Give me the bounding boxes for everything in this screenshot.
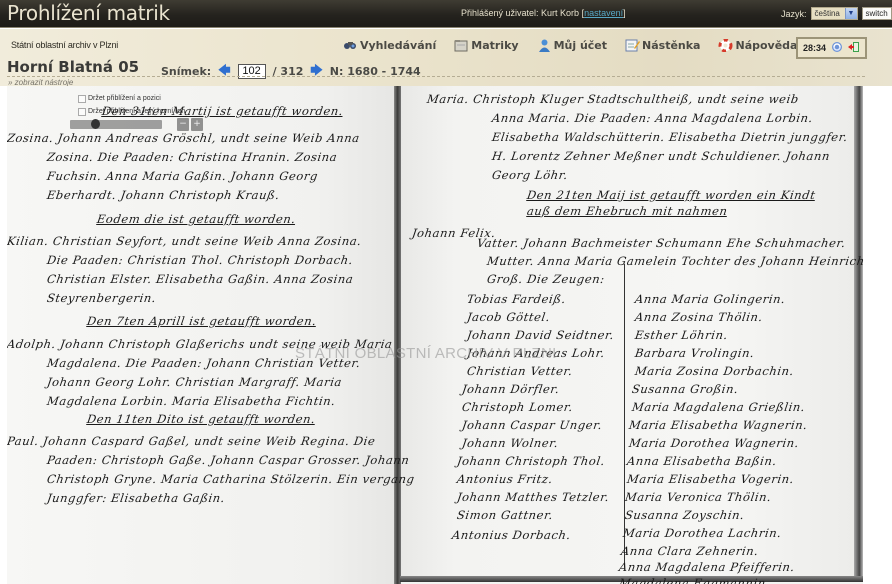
manuscript-line: Mutter. Anna Maria Gamelein Tochter des … [486, 254, 866, 268]
page-edge [854, 86, 863, 580]
option-label: Držet přiblížení a pozici [88, 95, 161, 102]
manuscript-line: Den 11ten Dito ist getaufft worden. [86, 412, 316, 426]
nav-label: Nápověda [735, 39, 797, 52]
manuscript-line: Maria Elisabetha Vogerin. [626, 472, 795, 486]
notepad-icon [625, 39, 640, 52]
manuscript-line: Maria Zosina Dorbachin. [634, 364, 795, 378]
manuscript-line: Steyrenbergerin. [46, 291, 157, 305]
book-spine [394, 86, 401, 584]
arrow-left-icon[interactable]: 🡄 [218, 61, 230, 82]
manuscript-line: Fuchsin. Anna Maria Gaßin. Johann Georg [46, 169, 319, 183]
option-keep-zoom-position[interactable]: Držet přiblížení a pozici [78, 92, 185, 105]
zoom-out-button[interactable]: − [177, 118, 189, 131]
logged-in-user: Přihlášený uživatel: Kurt Korb [461, 8, 579, 18]
manuscript-line: Groß. Die Zeugen: [486, 272, 606, 286]
manuscript-line: Christoph Gryne. Maria Catharina Stölzer… [46, 472, 416, 486]
refresh-icon[interactable] [831, 41, 843, 55]
manuscript-line: Anna Maria Golingerin. [634, 292, 786, 306]
manuscript-line: Eberhardt. Johann Christoph Krauß. [46, 188, 281, 202]
manuscript-line: Johann Wolner. [461, 436, 559, 450]
manuscript-line: Esther Löhrin. [634, 328, 729, 342]
manuscript-line: Barbara Vrolingin. [634, 346, 755, 360]
manuscript-line: Susanna Zoyschin. [624, 508, 745, 522]
manuscript-line: Johann Georg Lohr. Christian Margraff. M… [46, 375, 343, 389]
manuscript-line: Jacob Göttel. [466, 310, 551, 324]
manuscript-line: Zosina. Die Paaden: Christina Hranin. Zo… [46, 150, 338, 164]
manuscript-line: Antonius Fritz. [456, 472, 554, 486]
nav-search[interactable]: Vyhledávání [343, 39, 436, 52]
manuscript-line: Christian Elster. Elisabetha Gaßin. Anna… [46, 272, 354, 286]
nav-my-account[interactable]: Můj účet [537, 39, 607, 52]
nav-registers[interactable]: Matriky [454, 39, 518, 52]
main-nav: Vyhledávání Matriky Můj účet Nástěnka Ná… [343, 39, 797, 52]
manuscript-line: Die Paaden: Christian Thol. Christoph Do… [46, 253, 354, 267]
switch-button[interactable]: switch [862, 7, 892, 20]
manuscript-line: Johann Christoph Thol. [456, 454, 606, 468]
manuscript-line: Zosina. Johann Andreas Gröschl, undt sei… [7, 131, 361, 145]
nav-label: Matriky [471, 39, 518, 52]
language-label: Jazyk: [781, 9, 807, 19]
checkbox[interactable] [78, 95, 86, 103]
option-keep-zoom-corner[interactable]: Držet přiblížení a levý horní roh [78, 105, 185, 118]
manuscript-line: Christoph Lomer. [461, 400, 574, 414]
manuscript-line: H. Lorentz Zehner Meßner undt Schuldiene… [491, 149, 831, 163]
manuscript-line: Georg Löhr. [491, 168, 569, 182]
folder-icon [454, 39, 469, 52]
frame-navigator: Snímek: 🡄 102 / 312 🡆 N: 1680 - 1744 [161, 61, 421, 82]
manuscript-line: Tobias Fardeiß. [466, 292, 567, 306]
manuscript-line: Johann Caspar Unger. [461, 418, 603, 432]
manuscript-line: Anna Elisabetha Baßin. [626, 454, 778, 468]
user-info: Přihlášený uživatel: Kurt Korb [nastaven… [461, 8, 626, 18]
manuscript-line: Paul. Johann Caspard Gaßel, undt seine W… [7, 434, 376, 448]
settings-link[interactable]: nastavení [584, 8, 623, 18]
manuscript-line: Johann David Seidtner. [466, 328, 615, 342]
app-title: Prohlížení matrik [7, 1, 170, 25]
manuscript-line: Vatter. Johann Bachmeister Schumann Ehe … [476, 236, 847, 250]
manuscript-line: auß dem Ehebruch mit nahmen [526, 204, 729, 218]
manuscript-line: Den 7ten Aprill ist getaufft worden. [86, 314, 318, 328]
chevron-down-icon[interactable]: ▼ [845, 8, 857, 19]
manuscript-line: Kilian. Christian Seyfort, undt seine We… [7, 234, 363, 248]
manuscript-line: Anna Maria. Die Paaden: Anna Magdalena L… [491, 111, 814, 125]
manuscript-line: Anna Magdalena Pfeifferin. [618, 560, 796, 574]
manuscript-line: Magdalena Lorbin. Maria Elisabetha Ficht… [46, 394, 337, 408]
option-label: Držet přiblížení a levý horní roh [88, 108, 185, 115]
top-bar: Prohlížení matrik Přihlášený uživatel: K… [0, 0, 892, 28]
page-title: Horní Blatná 05 [7, 58, 139, 76]
logout-icon[interactable] [848, 41, 860, 55]
manuscript-line: Christian Vetter. [466, 364, 574, 378]
manuscript-line: Magdalena Eggmannin. [618, 576, 771, 584]
language-switcher: Jazyk: čeština ▼ switch [781, 7, 892, 20]
manuscript-line: Junggfer: Elisabetha Gaßin. [46, 491, 226, 505]
manuscript-line: Johann Matthes Tetzler. [456, 490, 610, 504]
manuscript-line: Antonius Dorbach. [451, 528, 572, 542]
lifebuoy-icon [718, 39, 733, 52]
image-viewer[interactable]: Den 31ten Martij ist getaufft worden.Zos… [7, 86, 867, 584]
checkbox[interactable] [78, 108, 86, 116]
divider [7, 76, 865, 77]
manuscript-line: Maria. Christoph Kluger Stadtschultheiß,… [426, 92, 800, 106]
zoom-slider-handle[interactable] [91, 119, 100, 129]
manuscript-line: Maria Elisabetha Wagnerin. [628, 418, 809, 432]
session-timer: 28:34 [803, 43, 826, 53]
manuscript-line: Susanna Großin. [631, 382, 739, 396]
manuscript-line: Eodem die ist getaufft worden. [96, 212, 297, 226]
nav-label: Nástěnka [642, 39, 700, 52]
zoom-in-button[interactable]: + [191, 118, 203, 131]
binoculars-icon [343, 39, 358, 52]
session-box: 28:34 [796, 37, 867, 59]
manuscript-line: Anna Zosina Thölin. [634, 310, 764, 324]
nav-board[interactable]: Nástěnka [625, 39, 700, 52]
manuscript-line: Maria Magdalena Grießlin. [631, 400, 806, 414]
language-select[interactable]: čeština ▼ [811, 7, 858, 20]
viewer-options: Držet přiblížení a pozici Držet přiblíže… [78, 92, 185, 118]
manuscript-line: Simon Gattner. [456, 508, 554, 522]
manuscript-line: Maria Dorothea Lachrin. [622, 526, 783, 540]
zoom-slider[interactable] [70, 120, 162, 129]
header: Státní oblastní archiv v Plzni Vyhledává… [0, 29, 892, 86]
nav-label: Můj účet [554, 39, 607, 52]
user-icon [537, 39, 552, 52]
arrow-right-icon[interactable]: 🡆 [310, 61, 322, 82]
manuscript-line: Den 21ten Maij ist getaufft worden ein K… [526, 188, 817, 202]
watermark: STÁTNÍ OBLASTNÍ ARCHIV V PLZNI [295, 345, 557, 362]
archive-name: Státní oblastní archiv v Plzni [11, 40, 118, 50]
manuscript-line: Maria Dorothea Wagnerin. [628, 436, 800, 450]
manuscript-line: Maria Veronica Thölin. [624, 490, 772, 504]
manuscript-line: Elisabetha Waldschütterin. Elisabetha Di… [491, 130, 849, 144]
manuscript-line: Anna Clara Zehnerin. [620, 544, 760, 558]
manuscript-line: Paaden: Christoph Gaße. Johann Caspar Gr… [46, 453, 410, 467]
manuscript-line: Johann Dörfler. [461, 382, 561, 396]
language-value: čeština [815, 9, 845, 18]
nav-label: Vyhledávání [360, 39, 436, 52]
nav-help[interactable]: Nápověda [718, 39, 797, 52]
